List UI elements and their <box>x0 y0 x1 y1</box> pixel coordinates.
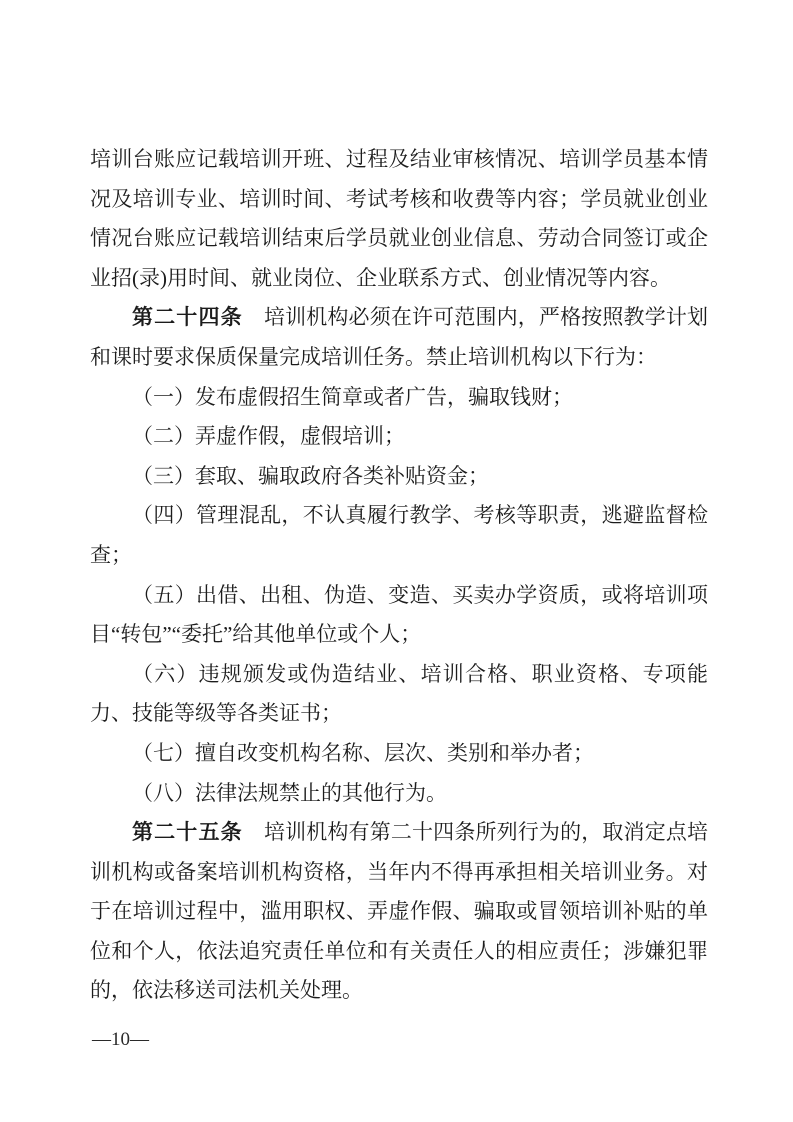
body-paragraph: （一）发布虚假招生简章或者广告，骗取钱财； <box>90 378 708 418</box>
page-number: —10— <box>92 1028 149 1052</box>
article-number: 第二十五条 <box>132 820 243 844</box>
body-paragraph: （七）擅自改变机构名称、层次、类别和举办者； <box>90 734 708 774</box>
article-paragraph: 第二十四条 培训机构必须在许可范围内，严格按照教学计划和课时要求保质保量完成培训… <box>90 298 708 377</box>
article-number: 第二十四条 <box>132 305 243 329</box>
document-body: 培训台账应记载培训开班、过程及结业审核情况、培训学员基本情况及培训专业、培训时间… <box>90 140 708 1011</box>
article-paragraph: 第二十五条 培训机构有第二十四条所列行为的，取消定点培训机构或备案培训机构资格，… <box>90 813 708 1011</box>
document-page: 培训台账应记载培训开班、过程及结业审核情况、培训学员基本情况及培训专业、培训时间… <box>0 0 793 1122</box>
body-paragraph: （三）套取、骗取政府各类补贴资金； <box>90 457 708 497</box>
body-paragraph: （六）违规颁发或伪造结业、培训合格、职业资格、专项能力、技能等级等各类证书； <box>90 655 708 734</box>
body-paragraph: （五）出借、出租、伪造、变造、买卖办学资质，或将培训项目“转包”“委托”给其他单… <box>90 576 708 655</box>
body-paragraph: （二）弄虚作假，虚假培训； <box>90 417 708 457</box>
body-paragraph: 培训台账应记载培训开班、过程及结业审核情况、培训学员基本情况及培训专业、培训时间… <box>90 140 708 298</box>
body-paragraph: （八）法律法规禁止的其他行为。 <box>90 774 708 814</box>
body-paragraph: （四）管理混乱，不认真履行教学、考核等职责，逃避监督检查； <box>90 496 708 575</box>
